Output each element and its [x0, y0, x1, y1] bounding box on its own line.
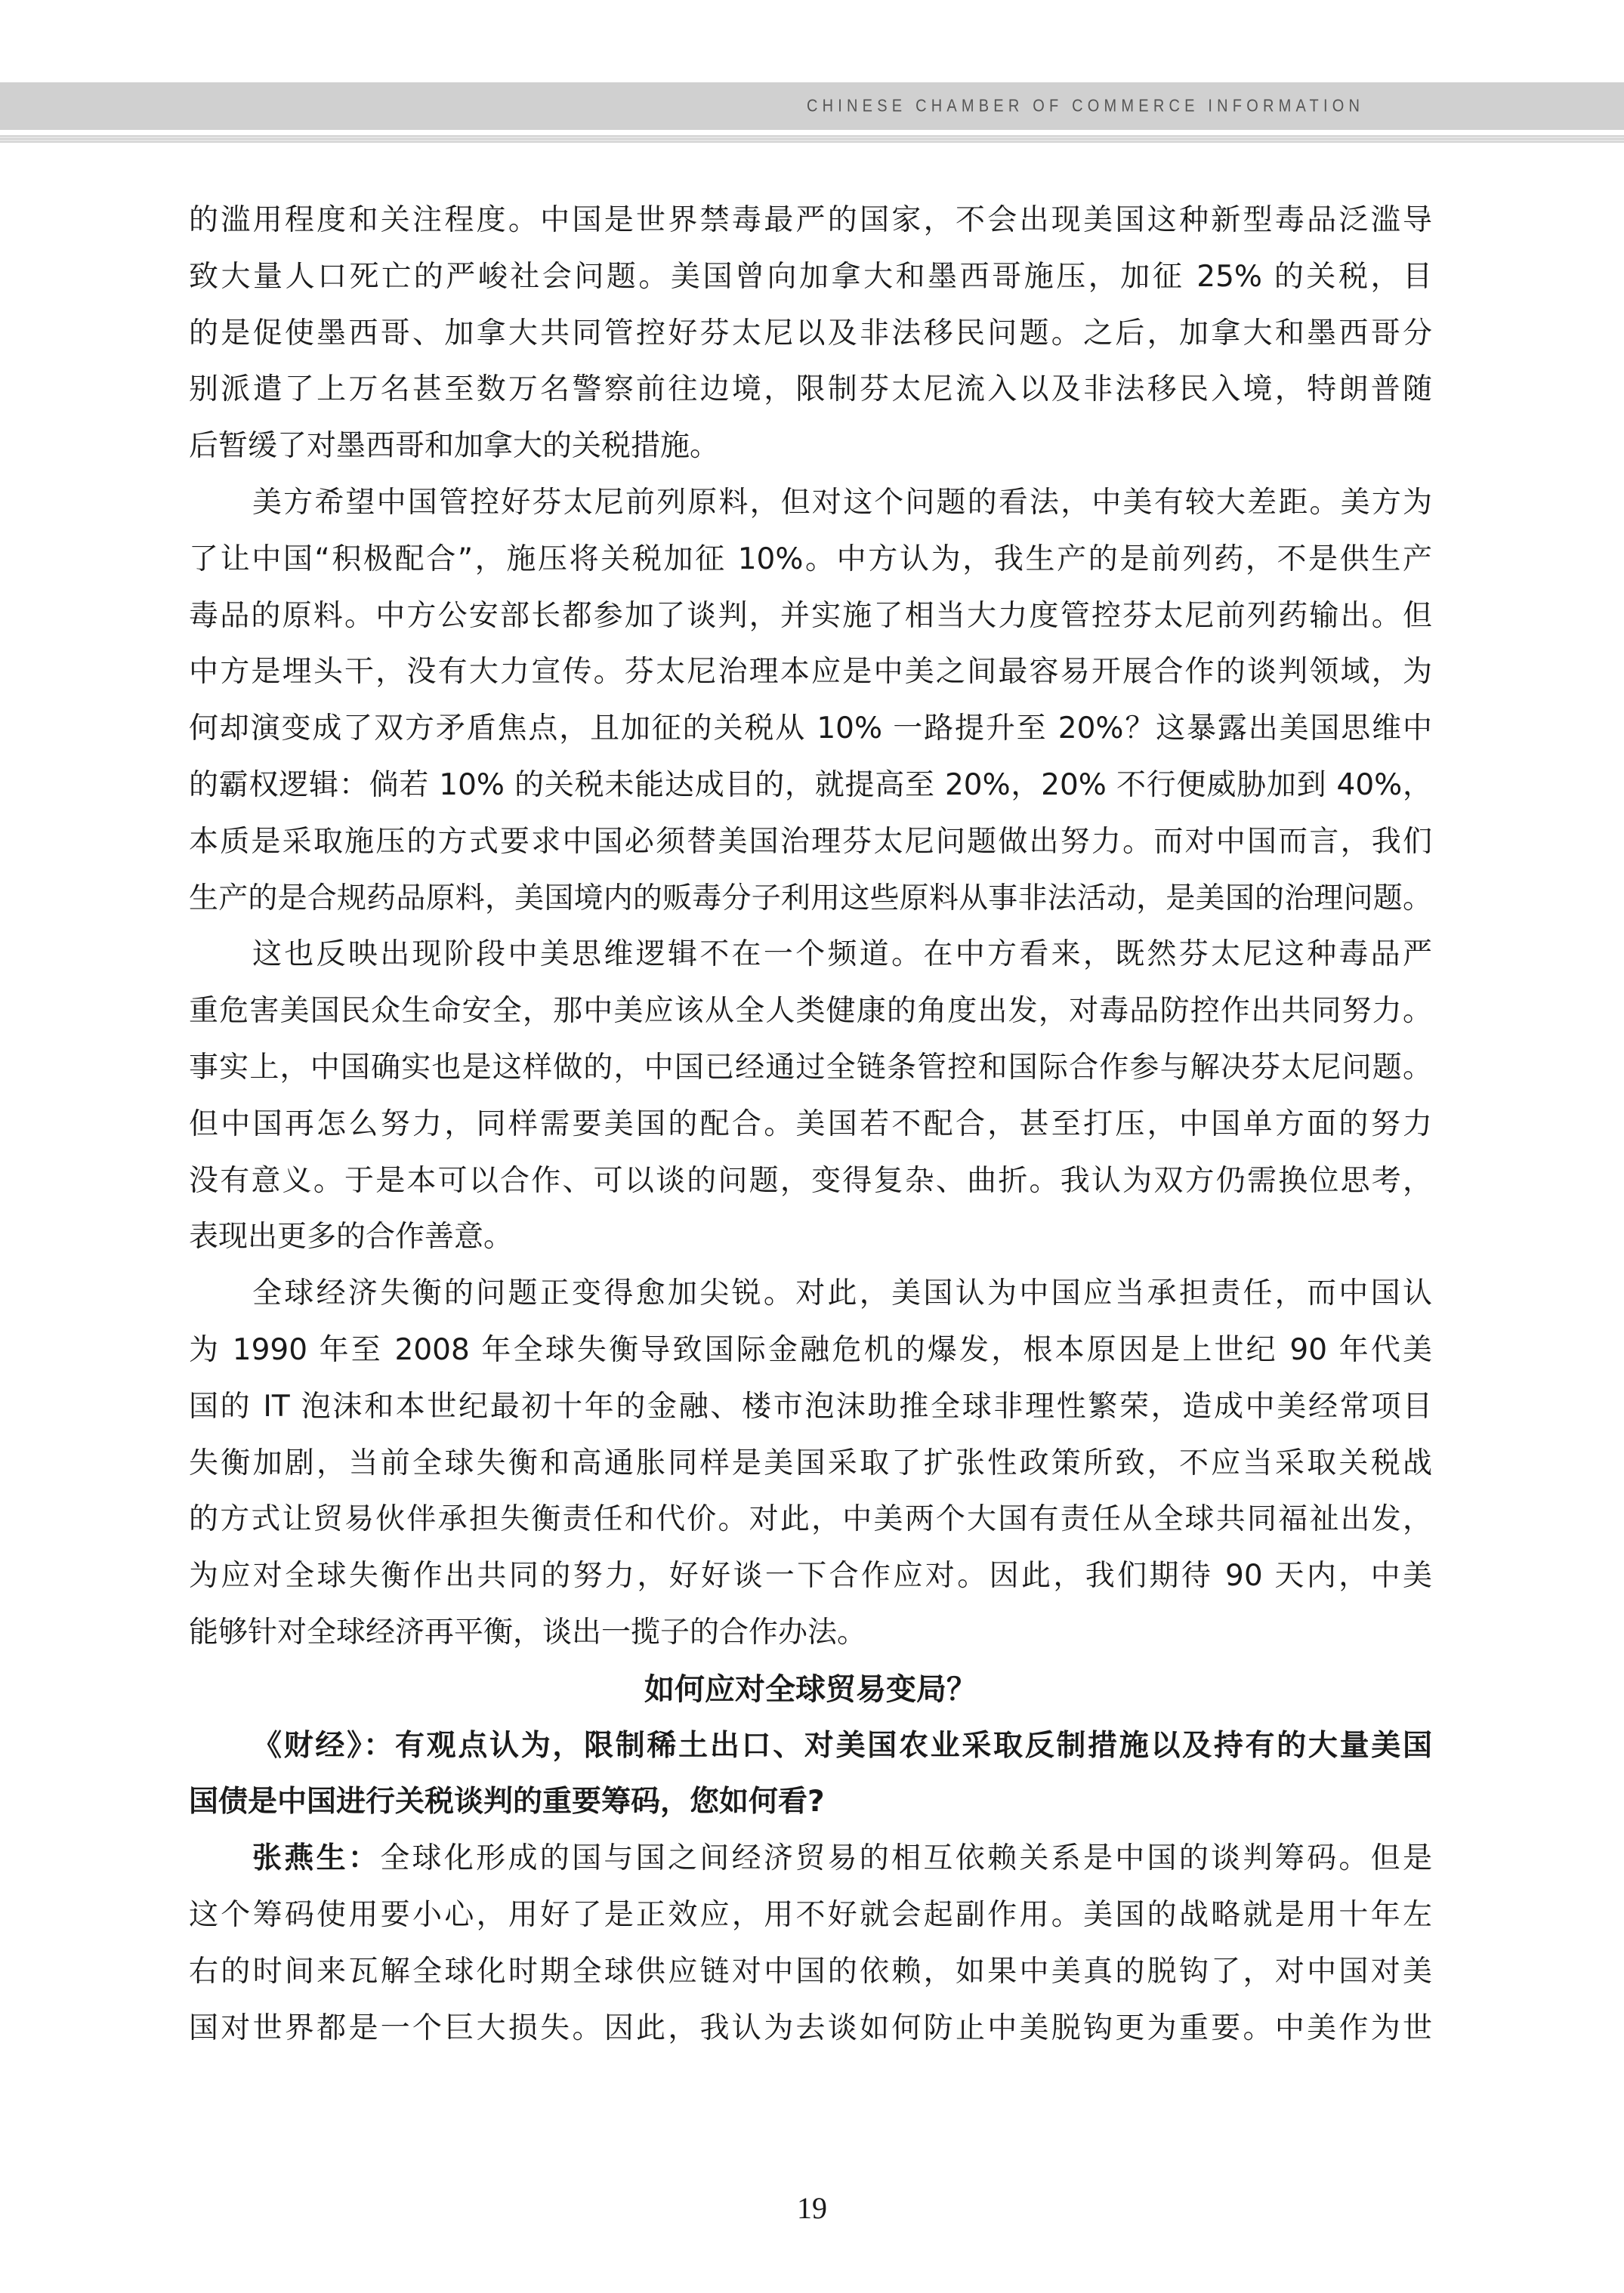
text-line: 本质是采取施压的方式要求中国必须替美国治理芬太尼问题做出努力。而对中国而言，我们	[189, 819, 1432, 876]
text-line: 事实上，中国确实也是这样做的，中国已经通过全链条管控和国际合作参与解决芬太尼问题…	[189, 1045, 1432, 1102]
text-line: 生产的是合规药品原料，美国境内的贩毒分子利用这些原料从事非法活动，是美国的治理问…	[189, 876, 1432, 933]
text-line: 这也反映出现阶段中美思维逻辑不在一个频道。在中方看来，既然芬太尼这种毒品严	[189, 932, 1432, 989]
interview-question-line: 国债是中国进行关税谈判的重要筹码，您如何看?	[189, 1779, 1432, 1836]
text-line: 但中国再怎么努力，同样需要美国的配合。美国若不配合，甚至打压，中国单方面的努力	[189, 1102, 1432, 1159]
text-line: 别派遣了上万名甚至数万名警察前往边境，限制芬太尼流入以及非法移民入境，特朗普随	[189, 367, 1432, 424]
text-line: 为应对全球失衡作出共同的努力，好好谈一下合作应对。因此，我们期待 90 天内，中…	[189, 1554, 1432, 1610]
text-line: 后暂缓了对墨西哥和加拿大的关税措施。	[189, 424, 1432, 480]
text-line: 中方是埋头干，没有大力宣传。芬太尼治理本应是中美之间最容易开展合作的谈判领域，为	[189, 650, 1432, 706]
text-line: 失衡加剧，当前全球失衡和高通胀同样是美国采取了扩张性政策所致，不应当采取关税战	[189, 1441, 1432, 1498]
text-line: 致大量人口死亡的严峻社会问题。美国曾向加拿大和墨西哥施压，加征 25% 的关税，…	[189, 255, 1432, 311]
header-rule	[0, 135, 1624, 143]
text-line: 没有意义。于是本可以合作、可以谈的问题，变得复杂、曲折。我认为双方仍需换位思考，	[189, 1159, 1432, 1215]
text-line: 的霸权逻辑：倘若 10% 的关税未能达成目的，就提高至 20%，20% 不行便威…	[189, 763, 1432, 819]
text-line: 右的时间来瓦解全球化时期全球供应链对中国的依赖，如果中美真的脱钩了，对中国对美	[189, 1949, 1432, 2006]
text-line: 国的 IT 泡沫和本世纪最初十年的金融、楼市泡沫助推全球非理性繁荣，造成中美经常…	[189, 1384, 1432, 1441]
text-line: 毒品的原料。中方公安部长都参加了谈判，并实施了相当大力度管控芬太尼前列药输出。但	[189, 594, 1432, 650]
text-line: 的滥用程度和关注程度。中国是世界禁毒最严的国家，不会出现美国这种新型毒品泛滥导	[189, 198, 1432, 255]
text-line: 为 1990 年至 2008 年全球失衡导致国际金融危机的爆发，根本原因是上世纪…	[189, 1328, 1432, 1384]
text-line: 这个筹码使用要小心，用好了是正效应，用不好就会起副作用。美国的战略就是用十年左	[189, 1893, 1432, 1949]
text-line: 何却演变成了双方矛盾焦点，且加征的关税从 10% 一路提升至 20%？这暴露出美…	[189, 706, 1432, 763]
speaker-label: 张燕生：	[252, 1841, 380, 1875]
interview-answer-first-line: 张燕生：全球化形成的国与国之间经济贸易的相互依赖关系是中国的谈判筹码。但是	[189, 1836, 1432, 1893]
answer-text: 全球化形成的国与国之间经济贸易的相互依赖关系是中国的谈判筹码。但是	[380, 1841, 1432, 1875]
article-body: 的滥用程度和关注程度。中国是世界禁毒最严的国家，不会出现美国这种新型毒品泛滥导 …	[189, 198, 1432, 2062]
publication-title: CHINESE CHAMBER OF COMMERCE INFORMATION	[807, 97, 1364, 116]
text-line: 的方式让贸易伙伴承担失衡责任和代价。对此，中美两个大国有责任从全球共同福祉出发，	[189, 1497, 1432, 1554]
text-line: 表现出更多的合作善意。	[189, 1214, 1432, 1271]
section-heading: 如何应对全球贸易变局？	[189, 1667, 1432, 1724]
text-line: 的是促使墨西哥、加拿大共同管控好芬太尼以及非法移民问题。之后，加拿大和墨西哥分	[189, 311, 1432, 368]
text-line: 重危害美国民众生命安全，那中美应该从全人类健康的角度出发，对毒品防控作出共同努力…	[189, 989, 1432, 1045]
text-line: 能够针对全球经济再平衡，谈出一揽子的合作办法。	[189, 1610, 1432, 1667]
text-line: 了让中国“积极配合”，施压将关税加征 10%。中方认为，我生产的是前列药，不是供…	[189, 537, 1432, 594]
text-line: 国对世界都是一个巨大损失。因此，我认为去谈如何防止中美脱钩更为重要。中美作为世	[189, 2006, 1432, 2063]
text-line: 美方希望中国管控好芬太尼前列原料，但对这个问题的看法，中美有较大差距。美方为	[189, 480, 1432, 537]
page-number: 19	[0, 2190, 1624, 2226]
text-line: 全球经济失衡的问题正变得愈加尖锐。对此，美国认为中国应当承担责任，而中国认	[189, 1271, 1432, 1328]
interview-question-line: 《财经》：有观点认为，限制稀土出口、对美国农业采取反制措施以及持有的大量美国	[189, 1724, 1432, 1780]
